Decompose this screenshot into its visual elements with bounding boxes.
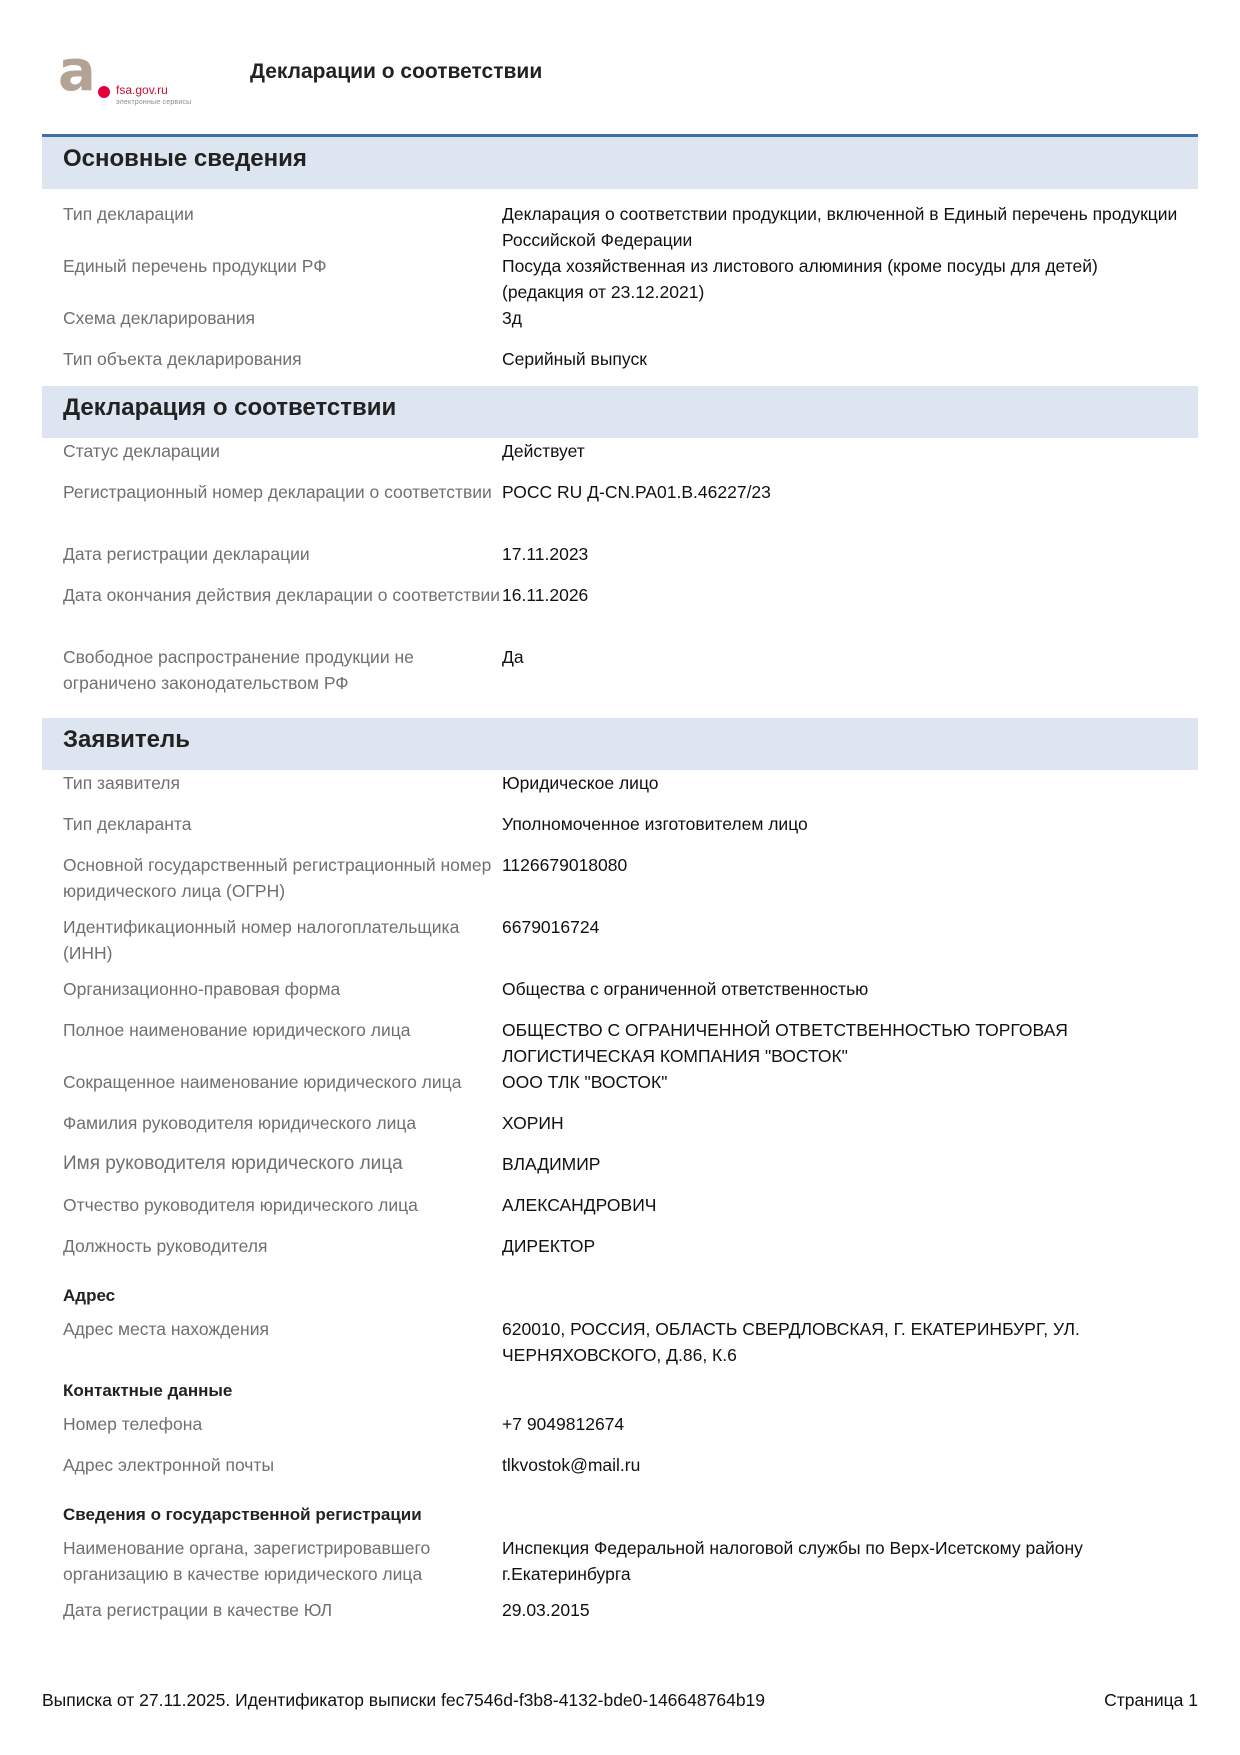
- field-label: Единый перечень продукции РФ: [42, 253, 502, 305]
- field-label: Организационно-правовая форма: [42, 976, 502, 1017]
- field-value: Уполномоченное изготовителем лицо: [502, 811, 1182, 852]
- field-label: Идентификационный номер налогоплательщик…: [42, 914, 502, 976]
- subsection-title-address: Адрес: [42, 1283, 1198, 1316]
- field-row: Идентификационный номер налогоплательщик…: [42, 914, 1198, 976]
- logo-domain: fsa.gov.ru: [116, 83, 168, 97]
- field-row: Номер телефона +7 9049812674: [42, 1411, 1198, 1452]
- field-value[interactable]: tlkvostok@mail.ru: [502, 1452, 1182, 1502]
- field-row: Полное наименование юридического лица ОБ…: [42, 1017, 1198, 1069]
- field-label: Тип декларации: [42, 201, 502, 253]
- field-row: Регистрационный номер декларации о соотв…: [42, 479, 1198, 541]
- field-label: Фамилия руководителя юридического лица: [42, 1110, 502, 1151]
- field-label: Сокращенное наименование юридического ли…: [42, 1069, 502, 1110]
- field-row: Тип заявителя Юридическое лицо: [42, 770, 1198, 811]
- field-label: Основной государственный регистрационный…: [42, 852, 502, 914]
- field-value: ВЛАДИМИР: [502, 1151, 1182, 1192]
- document-title: Декларации о соответствии: [250, 60, 542, 84]
- field-row: Основной государственный регистрационный…: [42, 852, 1198, 914]
- subsection-title-contacts: Контактные данные: [42, 1378, 1198, 1411]
- field-value: РОСС RU Д-CN.PA01.B.46227/23: [502, 479, 1182, 541]
- field-row: Организационно-правовая форма Общества с…: [42, 976, 1198, 1017]
- field-value: Инспекция Федеральной налоговой службы п…: [502, 1535, 1182, 1597]
- section-title: Декларация о соответствии: [42, 386, 1198, 438]
- section-basic: Основные сведения Тип декларации Деклара…: [42, 137, 1198, 376]
- field-label: Статус декларации: [42, 438, 502, 479]
- subsection-title-registration: Сведения о государственной регистрации: [42, 1502, 1198, 1535]
- field-row: Дата окончания действия декларации о соо…: [42, 582, 1198, 644]
- field-value: Декларация о соответствии продукции, вкл…: [502, 201, 1182, 253]
- extract-info: Выписка от 27.11.2025. Идентификатор вып…: [42, 1690, 765, 1711]
- field-row: Тип декларанта Уполномоченное изготовите…: [42, 811, 1198, 852]
- field-row: Имя руководителя юридического лица ВЛАДИ…: [42, 1151, 1198, 1192]
- field-row: Статус декларации Действует: [42, 438, 1198, 479]
- field-label: Регистрационный номер декларации о соотв…: [42, 479, 502, 541]
- section-applicant: Заявитель Тип заявителя Юридическое лицо…: [42, 718, 1198, 1627]
- field-value: 29.03.2015: [502, 1597, 1182, 1627]
- field-label: Отчество руководителя юридического лица: [42, 1192, 502, 1233]
- field-value: Общества с ограниченной ответственностью: [502, 976, 1182, 1017]
- logo-dot-icon: [98, 86, 110, 98]
- field-row: Тип объекта декларирования Серийный выпу…: [42, 346, 1198, 376]
- field-row: Тип декларации Декларация о соответствии…: [42, 201, 1198, 253]
- field-row: Должность руководителя ДИРЕКТОР: [42, 1233, 1198, 1283]
- page-footer: Выписка от 27.11.2025. Идентификатор вып…: [42, 1690, 1198, 1711]
- section-title: Основные сведения: [42, 137, 1198, 189]
- field-row: Фамилия руководителя юридического лица Х…: [42, 1110, 1198, 1151]
- field-row: Свободное распространение продукции не о…: [42, 644, 1198, 706]
- field-row: Схема декларирования 3д: [42, 305, 1198, 346]
- field-label: Имя руководителя юридического лица: [42, 1151, 502, 1192]
- field-value: 17.11.2023: [502, 541, 1182, 582]
- field-row: Отчество руководителя юридического лица …: [42, 1192, 1198, 1233]
- section-title: Заявитель: [42, 718, 1198, 770]
- field-row: Дата регистрации декларации 17.11.2023: [42, 541, 1198, 582]
- field-label: Номер телефона: [42, 1411, 502, 1452]
- field-label: Тип заявителя: [42, 770, 502, 811]
- field-value: ХОРИН: [502, 1110, 1182, 1151]
- field-label: Адрес электронной почты: [42, 1452, 502, 1502]
- fsa-logo: a fsa.gov.ru электронные сервисы: [58, 56, 208, 112]
- field-value: Юридическое лицо: [502, 770, 1182, 811]
- field-value: Серийный выпуск: [502, 346, 1182, 376]
- field-label: Тип декларанта: [42, 811, 502, 852]
- field-label: Дата регистрации декларации: [42, 541, 502, 582]
- field-row: Адрес электронной почты tlkvostok@mail.r…: [42, 1452, 1198, 1502]
- field-value: 3д: [502, 305, 1182, 346]
- field-row: Сокращенное наименование юридического ли…: [42, 1069, 1198, 1110]
- field-label: Адрес места нахождения: [42, 1316, 502, 1378]
- field-value: +7 9049812674: [502, 1411, 1182, 1452]
- field-label: Дата окончания действия декларации о соо…: [42, 582, 502, 644]
- field-value: Да: [502, 644, 1182, 706]
- field-row: Адрес места нахождения 620010, РОССИЯ, О…: [42, 1316, 1198, 1378]
- field-value: ОБЩЕСТВО С ОГРАНИЧЕННОЙ ОТВЕТСТВЕННОСТЬЮ…: [502, 1017, 1182, 1069]
- field-value: 16.11.2026: [502, 582, 1182, 644]
- field-label: Дата регистрации в качестве ЮЛ: [42, 1597, 502, 1627]
- field-value: ДИРЕКТОР: [502, 1233, 1182, 1283]
- logo-subtitle: электронные сервисы: [116, 99, 191, 106]
- field-label: Свободное распространение продукции не о…: [42, 644, 502, 706]
- field-value: 6679016724: [502, 914, 1182, 976]
- field-row: Дата регистрации в качестве ЮЛ 29.03.201…: [42, 1597, 1198, 1627]
- field-value: 620010, РОССИЯ, ОБЛАСТЬ СВЕРДЛОВСКАЯ, Г.…: [502, 1316, 1182, 1378]
- field-label: Наименование органа, зарегистрировавшего…: [42, 1535, 502, 1597]
- field-value: ООО ТЛК "ВОСТОК": [502, 1069, 1182, 1110]
- field-row: Единый перечень продукции РФ Посуда хозя…: [42, 253, 1198, 305]
- fsa-a-logo-icon: a: [58, 44, 96, 100]
- field-label: Должность руководителя: [42, 1233, 502, 1283]
- field-value: Посуда хозяйственная из листового алюмин…: [502, 253, 1182, 305]
- section-declaration: Декларация о соответствии Статус деклара…: [42, 386, 1198, 706]
- field-label: Тип объекта декларирования: [42, 346, 502, 376]
- field-value: Действует: [502, 438, 1182, 479]
- field-value: 1126679018080: [502, 852, 1182, 914]
- page-number: Страница 1: [1104, 1690, 1198, 1711]
- field-value: АЛЕКСАНДРОВИЧ: [502, 1192, 1182, 1233]
- page-header: a fsa.gov.ru электронные сервисы Деклара…: [0, 0, 1240, 130]
- field-label: Схема декларирования: [42, 305, 502, 346]
- field-row: Наименование органа, зарегистрировавшего…: [42, 1535, 1198, 1597]
- field-label: Полное наименование юридического лица: [42, 1017, 502, 1069]
